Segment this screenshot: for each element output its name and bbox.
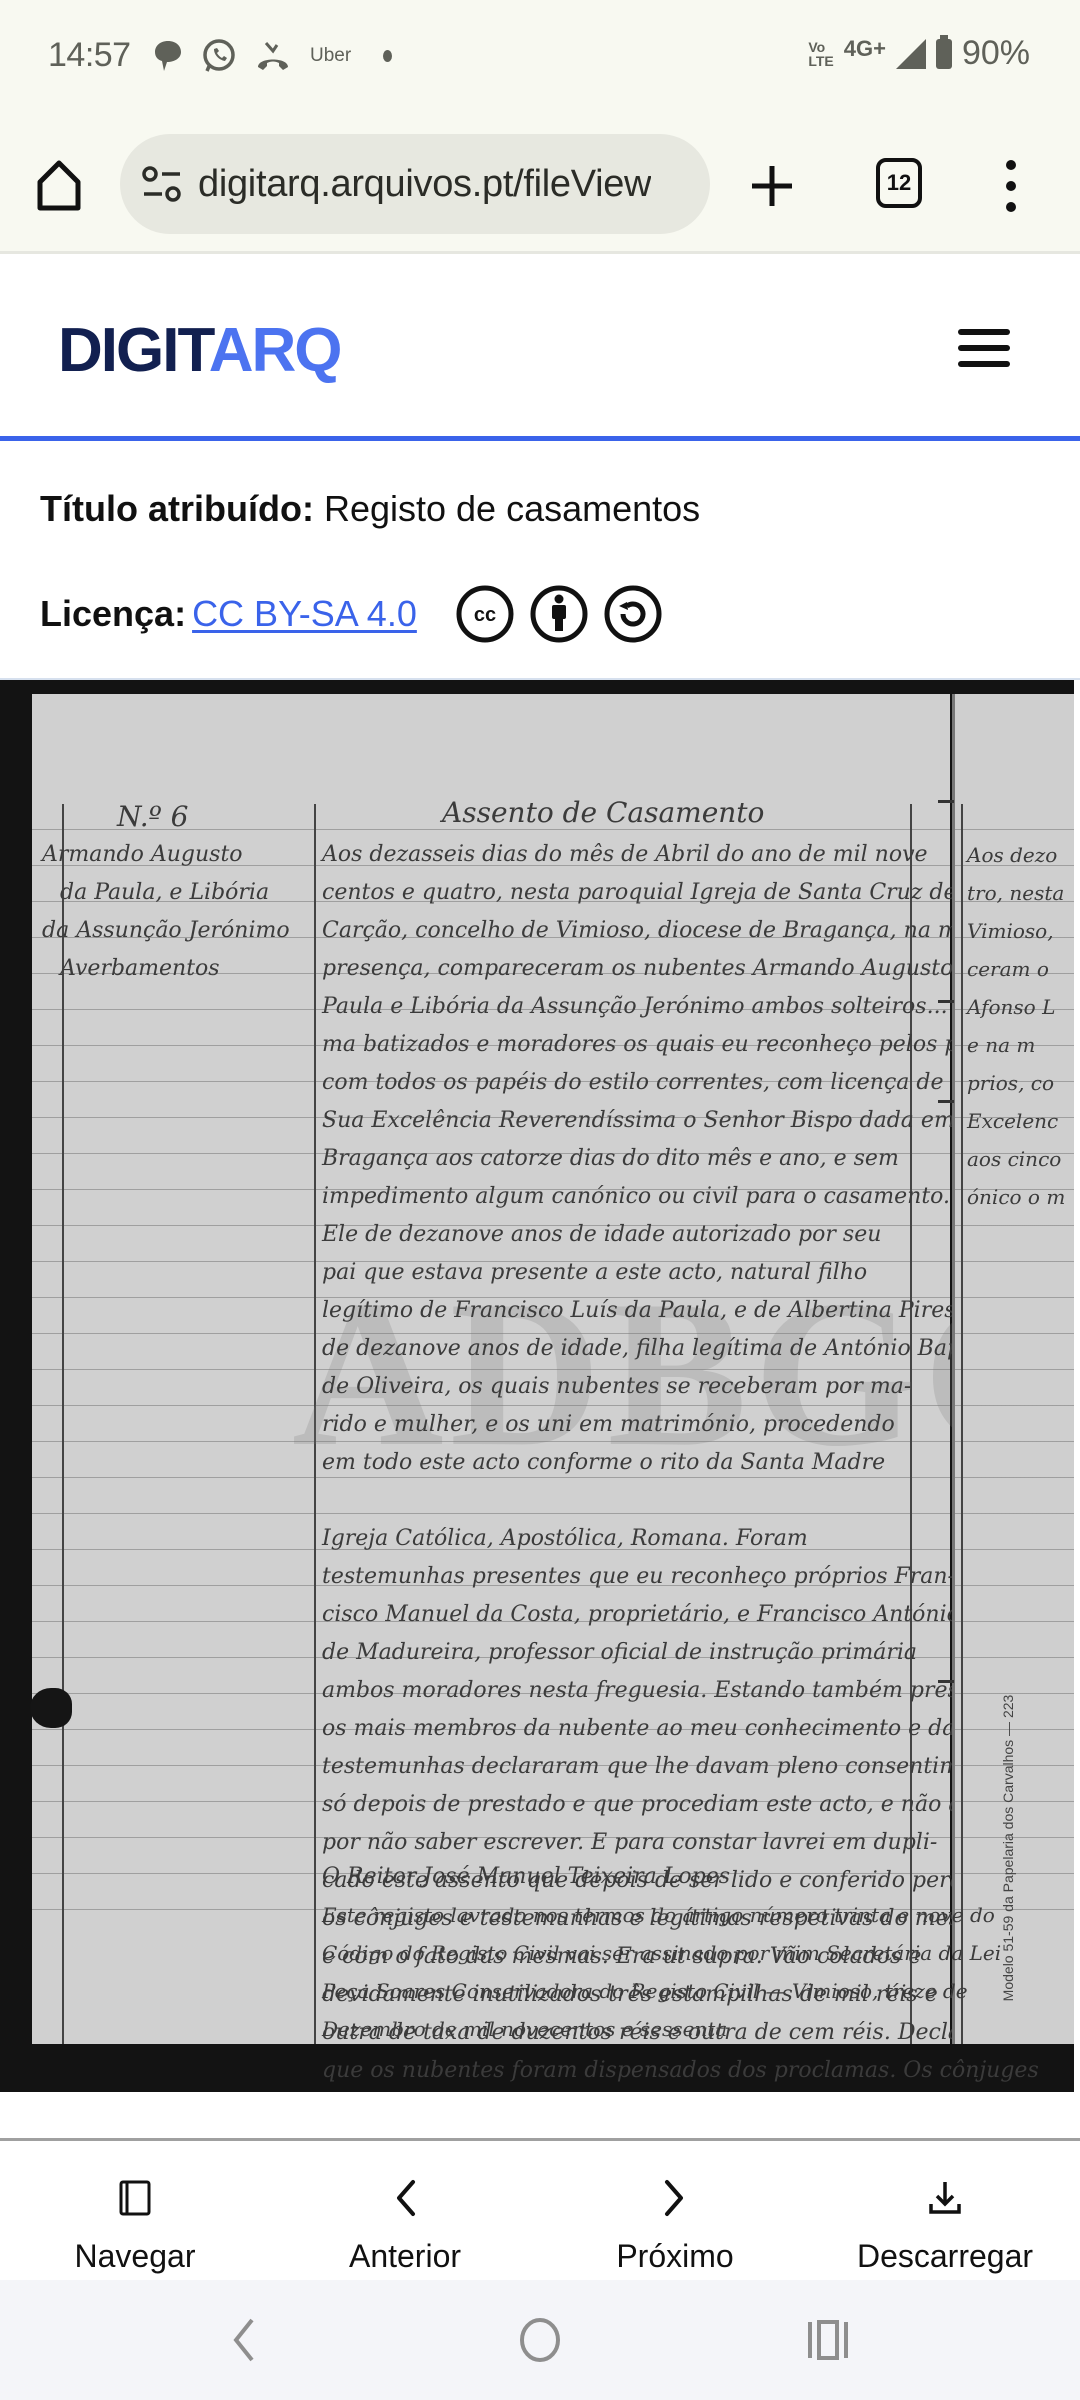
body-line: Peça Soares Conservadora do Registo Civi…	[322, 1972, 968, 2010]
browser-toolbar: digitarq.arquivos.pt/fileView 12	[0, 118, 1080, 254]
chat-icon	[152, 39, 184, 73]
title-value: Registo de casamentos	[324, 488, 700, 529]
navegar-label: Navegar	[75, 2238, 196, 2275]
proximo-label: Próximo	[616, 2238, 733, 2275]
tab-switcher-button[interactable]: 12	[876, 158, 922, 208]
hamburger-menu-icon[interactable]	[958, 329, 1010, 367]
navegar-button[interactable]: Navegar	[0, 2142, 270, 2280]
missed-call-icon	[254, 39, 292, 73]
signal-icon	[896, 39, 926, 69]
browser-menu-icon[interactable]	[1004, 160, 1018, 212]
document-viewer[interactable]: ADBGC N.º 6 Assento de Casamento Armando…	[0, 680, 1080, 2092]
descarregar-label: Descarregar	[857, 2238, 1033, 2275]
svg-text:cc: cc	[474, 604, 496, 626]
site-header: DIGITARQ	[0, 257, 1080, 441]
divider	[0, 2138, 1080, 2141]
body-line: presença, compareceram os nubentes Arman…	[322, 950, 988, 988]
download-icon	[925, 2178, 965, 2218]
anterior-button[interactable]: Anterior	[270, 2142, 540, 2280]
license-label: Licença:	[40, 593, 186, 635]
anterior-label: Anterior	[349, 2238, 461, 2275]
entry-number: N.º 6	[117, 798, 189, 836]
cc-icon: cc	[455, 584, 515, 644]
attribution-icon	[529, 584, 589, 644]
network-type: 4G+	[844, 36, 886, 62]
uber-notification-label: Uber	[310, 45, 351, 67]
back-icon[interactable]	[228, 2316, 258, 2364]
battery-percent: 90%	[962, 34, 1030, 73]
home-icon[interactable]	[34, 158, 84, 212]
clock: 14:57	[48, 36, 131, 75]
body-line: Igreja Católica, Apostólica, Romana. For…	[322, 1520, 808, 1558]
scanned-page-image[interactable]: ADBGC N.º 6 Assento de Casamento Armando…	[0, 680, 1074, 2092]
status-bar: 14:57 Uber VoLTE 4G+ 90%	[0, 0, 1080, 118]
left-page: ADBGC N.º 6 Assento de Casamento Armando…	[32, 694, 950, 2044]
volte-icon: VoLTE	[808, 40, 833, 68]
document-metadata: Título atribuído: Registo de casamentos …	[0, 446, 1080, 680]
right-page-text: Aos dezo tro, nesta Vimioso, ceram o Afo…	[967, 836, 1065, 1216]
share-alike-icon	[603, 584, 663, 644]
margin-name-3: da Assunção Jerónimo	[42, 912, 290, 950]
entry-heading: Assento de Casamento	[442, 794, 764, 832]
license-link[interactable]: CC BY-SA 4.0	[192, 593, 417, 635]
more-notifications-dot	[383, 50, 392, 62]
body-line: Aos dezasseis dias do mês de Abril do an…	[322, 836, 928, 874]
binder-clip	[30, 1688, 72, 1728]
url-text[interactable]: digitarq.arquivos.pt/fileView	[198, 163, 651, 206]
system-status-icons: VoLTE 4G+ 90%	[808, 34, 1030, 73]
battery-icon	[936, 39, 952, 69]
title-label: Título atribuído:	[40, 488, 314, 529]
body-line: Paula e Libória da Assunção Jerónimo amb…	[322, 988, 948, 1026]
whatsapp-icon	[202, 38, 236, 74]
margin-annotations: Averbamentos	[60, 950, 220, 988]
descarregar-button[interactable]: Descarregar	[810, 2142, 1080, 2280]
body-line: Dezembro de mil novecentos e sessenta	[322, 2010, 727, 2048]
home-circle-icon[interactable]	[516, 2316, 564, 2364]
form-model-print: Modelo 51-59 da Papelaria dos Carvalhos …	[998, 1680, 1016, 2020]
site-settings-icon[interactable]	[140, 164, 184, 204]
chevron-left-icon	[385, 2178, 425, 2218]
digitarq-logo[interactable]: DIGITARQ	[58, 315, 341, 386]
chevron-right-icon	[655, 2178, 695, 2218]
license-row: Licença: CC BY-SA 4.0 cc	[40, 584, 663, 644]
new-tab-icon[interactable]	[748, 162, 796, 210]
proximo-button[interactable]: Próximo	[540, 2142, 810, 2280]
body-line: Carção, concelho de Vimioso, diocese de …	[322, 912, 1007, 950]
notification-icons: Uber	[152, 38, 392, 74]
body-line: centos e quatro, nesta paroquial Igreja …	[322, 874, 957, 912]
address-bar[interactable]: digitarq.arquivos.pt/fileView	[120, 134, 710, 234]
margin-name-2: da Paula, e Libória	[60, 874, 269, 912]
title-row: Título atribuído: Registo de casamentos	[40, 488, 700, 530]
panel-icon	[115, 2178, 155, 2218]
body-line: Este registo lavrado nos termos do artig…	[322, 1896, 995, 1934]
margin-name-1: Armando Augusto	[42, 836, 243, 874]
reitor-signature: O Reitor José Manuel Teixeira Lopes	[322, 1858, 730, 1896]
system-nav-bar	[0, 2280, 1080, 2400]
body-line: Código do Registo Civil vai ser assinado…	[322, 1934, 1001, 1972]
viewer-bottom-nav: Navegar Anterior Próximo Descarregar	[0, 2142, 1080, 2280]
recents-icon[interactable]	[806, 2316, 850, 2364]
